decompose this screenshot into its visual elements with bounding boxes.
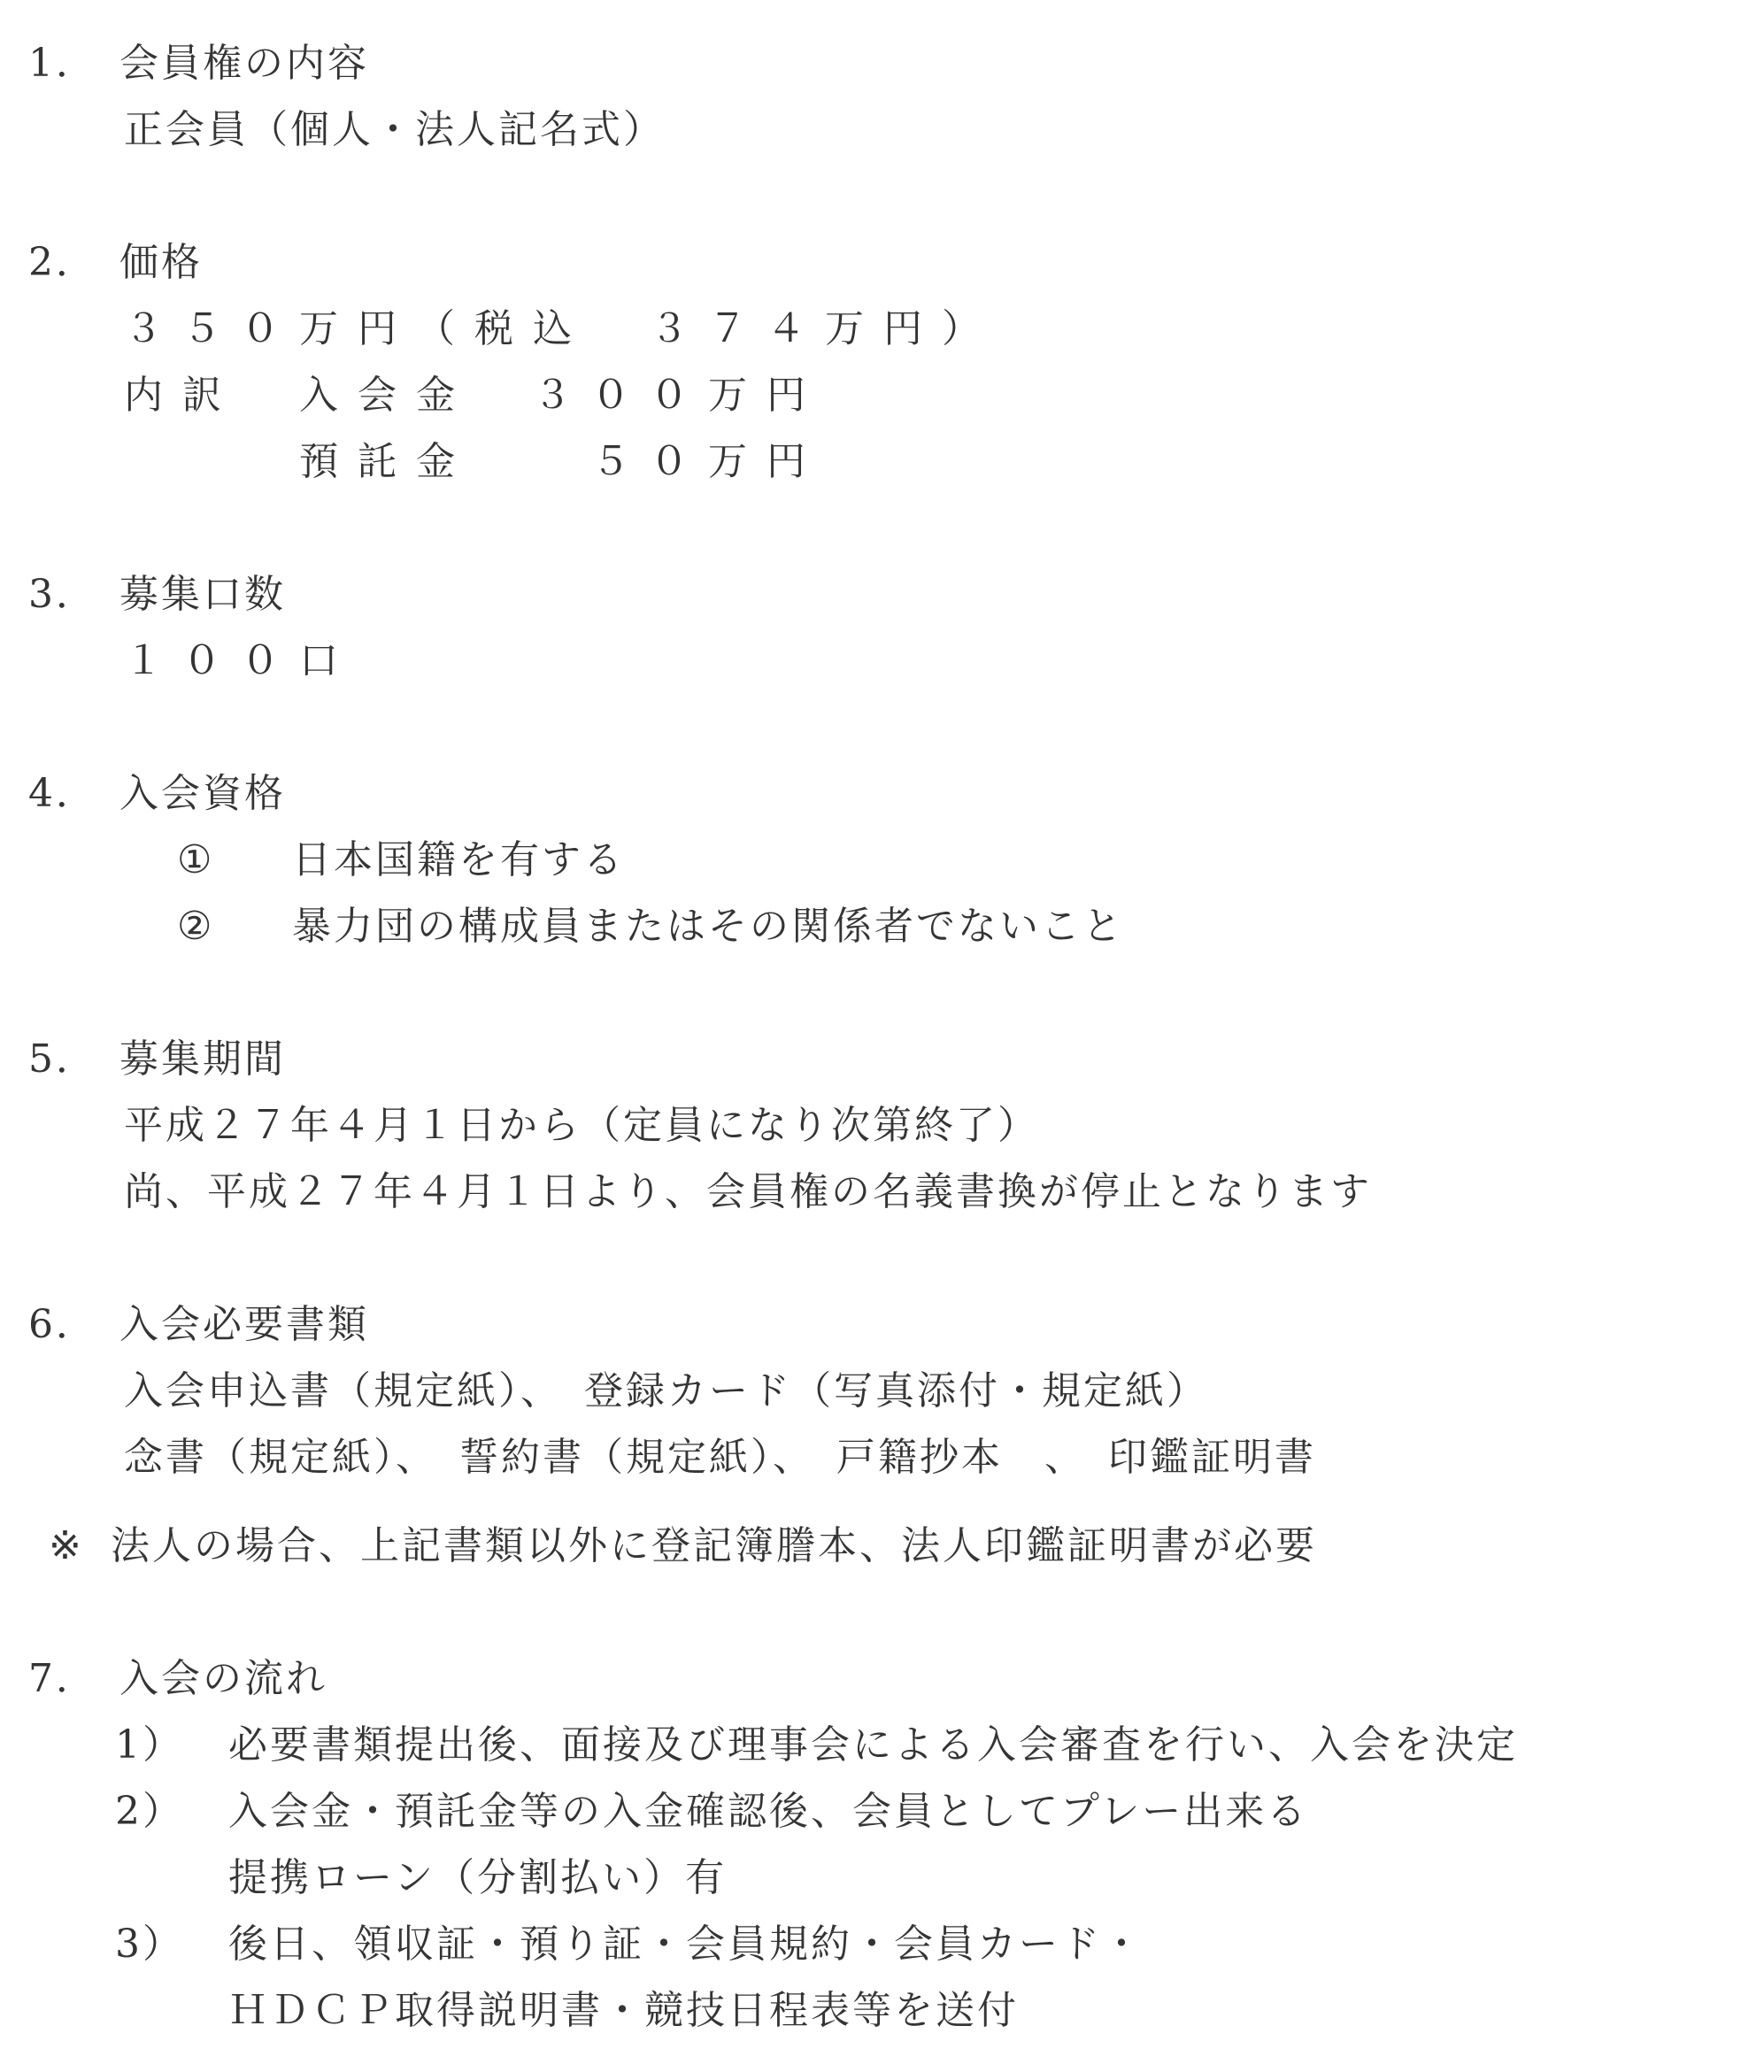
section-3-heading: 3．募集口数 [0, 561, 1764, 628]
membership-type-line: 正会員（個人・法人記名式） [0, 96, 1764, 163]
section-required-documents: 6．入会必要書類 入会申込書（規定紙）、 登録カード（写真添付・規定紙） 念書（… [0, 1291, 1764, 1579]
price-breakdown-admission-line: 内訳 入会金 ３００万円 [0, 362, 1764, 428]
section-5-heading: 5．募集期間 [0, 1026, 1764, 1092]
eligibility-item-2: ②暴力団の構成員またはその関係者でないこと [0, 893, 1764, 959]
section-7-number: 7． [28, 1645, 119, 1712]
section-1-title: 会員権の内容 [119, 41, 369, 86]
section-6-number: 6． [28, 1291, 119, 1358]
document-page: 1．会員権の内容 正会員（個人・法人記名式） 2．価格 ３５０万円（税込 ３７４… [0, 0, 1764, 2044]
section-6-heading: 6．入会必要書類 [0, 1291, 1764, 1358]
section-2-heading: 2．価格 [0, 229, 1764, 296]
flow-step-3: 3）後日、領収証・預り証・会員規約・会員カード・ [0, 1911, 1764, 1977]
corporate-note-line: ※法人の場合、上記書類以外に登記簿謄本、法人印鑑証明書が必要 [0, 1513, 1764, 1579]
section-7-heading: 7．入会の流れ [0, 1645, 1764, 1712]
documents-line-2: 念書（規定紙）、 誓約書（規定紙）、 戸籍抄本 、 印鑑証明書 [0, 1424, 1764, 1490]
price-total-line: ３５０万円（税込 ３７４万円） [0, 296, 1764, 362]
section-membership-content: 1．会員権の内容 正会員（個人・法人記名式） [0, 30, 1764, 163]
section-4-title: 入会資格 [119, 771, 286, 816]
section-price: 2．価格 ３５０万円（税込 ３７４万円） 内訳 入会金 ３００万円 預託金 ５０… [0, 229, 1764, 495]
eligibility-item-1: ①日本国籍を有する [0, 827, 1764, 893]
step-1-marker: 1） [115, 1712, 228, 1778]
section-4-number: 4． [28, 760, 119, 827]
section-recruit-period: 5．募集期間 平成２７年４月１日から（定員になり次第終了） 尚、平成２７年４月１… [0, 1026, 1764, 1225]
section-2-title: 価格 [119, 240, 203, 285]
circled-2-marker: ② [177, 893, 292, 959]
price-breakdown-deposit-line: 預託金 ５０万円 [0, 428, 1764, 495]
flow-step-1-text: 必要書類提出後、面接及び理事会による入会審査を行い、入会を決定 [228, 1722, 1518, 1768]
flow-step-2-loan-line: 提携ローン（分割払い）有 [0, 1845, 1764, 1911]
section-4-heading: 4．入会資格 [0, 760, 1764, 827]
section-1-heading: 1．会員権の内容 [0, 30, 1764, 96]
step-2-marker: 2） [115, 1778, 228, 1845]
section-eligibility: 4．入会資格 ①日本国籍を有する ②暴力団の構成員またはその関係者でないこと [0, 760, 1764, 959]
corporate-note-text: 法人の場合、上記書類以外に登記簿謄本、法人印鑑証明書が必要 [111, 1523, 1317, 1568]
flow-step-2-text: 入会金・預託金等の入金確認後、会員としてプレー出来る [228, 1789, 1308, 1834]
section-admission-flow: 7．入会の流れ 1）必要書類提出後、面接及び理事会による入会審査を行い、入会を決… [0, 1645, 1764, 2044]
period-transfer-stop-line: 尚、平成２７年４月１日より、会員権の名義書換が停止となります [0, 1159, 1764, 1225]
section-1-number: 1． [28, 30, 119, 96]
section-7-title: 入会の流れ [119, 1656, 327, 1701]
flow-step-2: 2）入会金・預託金等の入金確認後、会員としてプレー出来る [0, 1778, 1764, 1845]
eligibility-item-2-text: 暴力団の構成員またはその関係者でないこと [292, 904, 1124, 949]
documents-line-1: 入会申込書（規定紙）、 登録カード（写真添付・規定紙） [0, 1358, 1764, 1424]
flow-step-3-send-line: ＨＤＣＰ取得説明書・競技日程表等を送付 [0, 1977, 1764, 2044]
section-2-number: 2． [28, 229, 119, 296]
flow-step-1: 1）必要書類提出後、面接及び理事会による入会審査を行い、入会を決定 [0, 1712, 1764, 1778]
eligibility-item-1-text: 日本国籍を有する [292, 837, 625, 882]
section-3-title: 募集口数 [119, 572, 286, 617]
section-5-title: 募集期間 [119, 1036, 286, 1082]
section-6-title: 入会必要書類 [119, 1302, 369, 1347]
circled-1-marker: ① [177, 827, 292, 893]
section-recruit-units: 3．募集口数 １００口 [0, 561, 1764, 694]
section-3-number: 3． [28, 561, 119, 628]
section-5-number: 5． [28, 1026, 119, 1092]
period-start-line: 平成２７年４月１日から（定員になり次第終了） [0, 1092, 1764, 1159]
step-3-marker: 3） [115, 1911, 228, 1977]
flow-step-3-text: 後日、領収証・預り証・会員規約・会員カード・ [228, 1922, 1144, 1967]
units-count-line: １００口 [0, 628, 1764, 694]
reference-mark: ※ [49, 1513, 111, 1579]
